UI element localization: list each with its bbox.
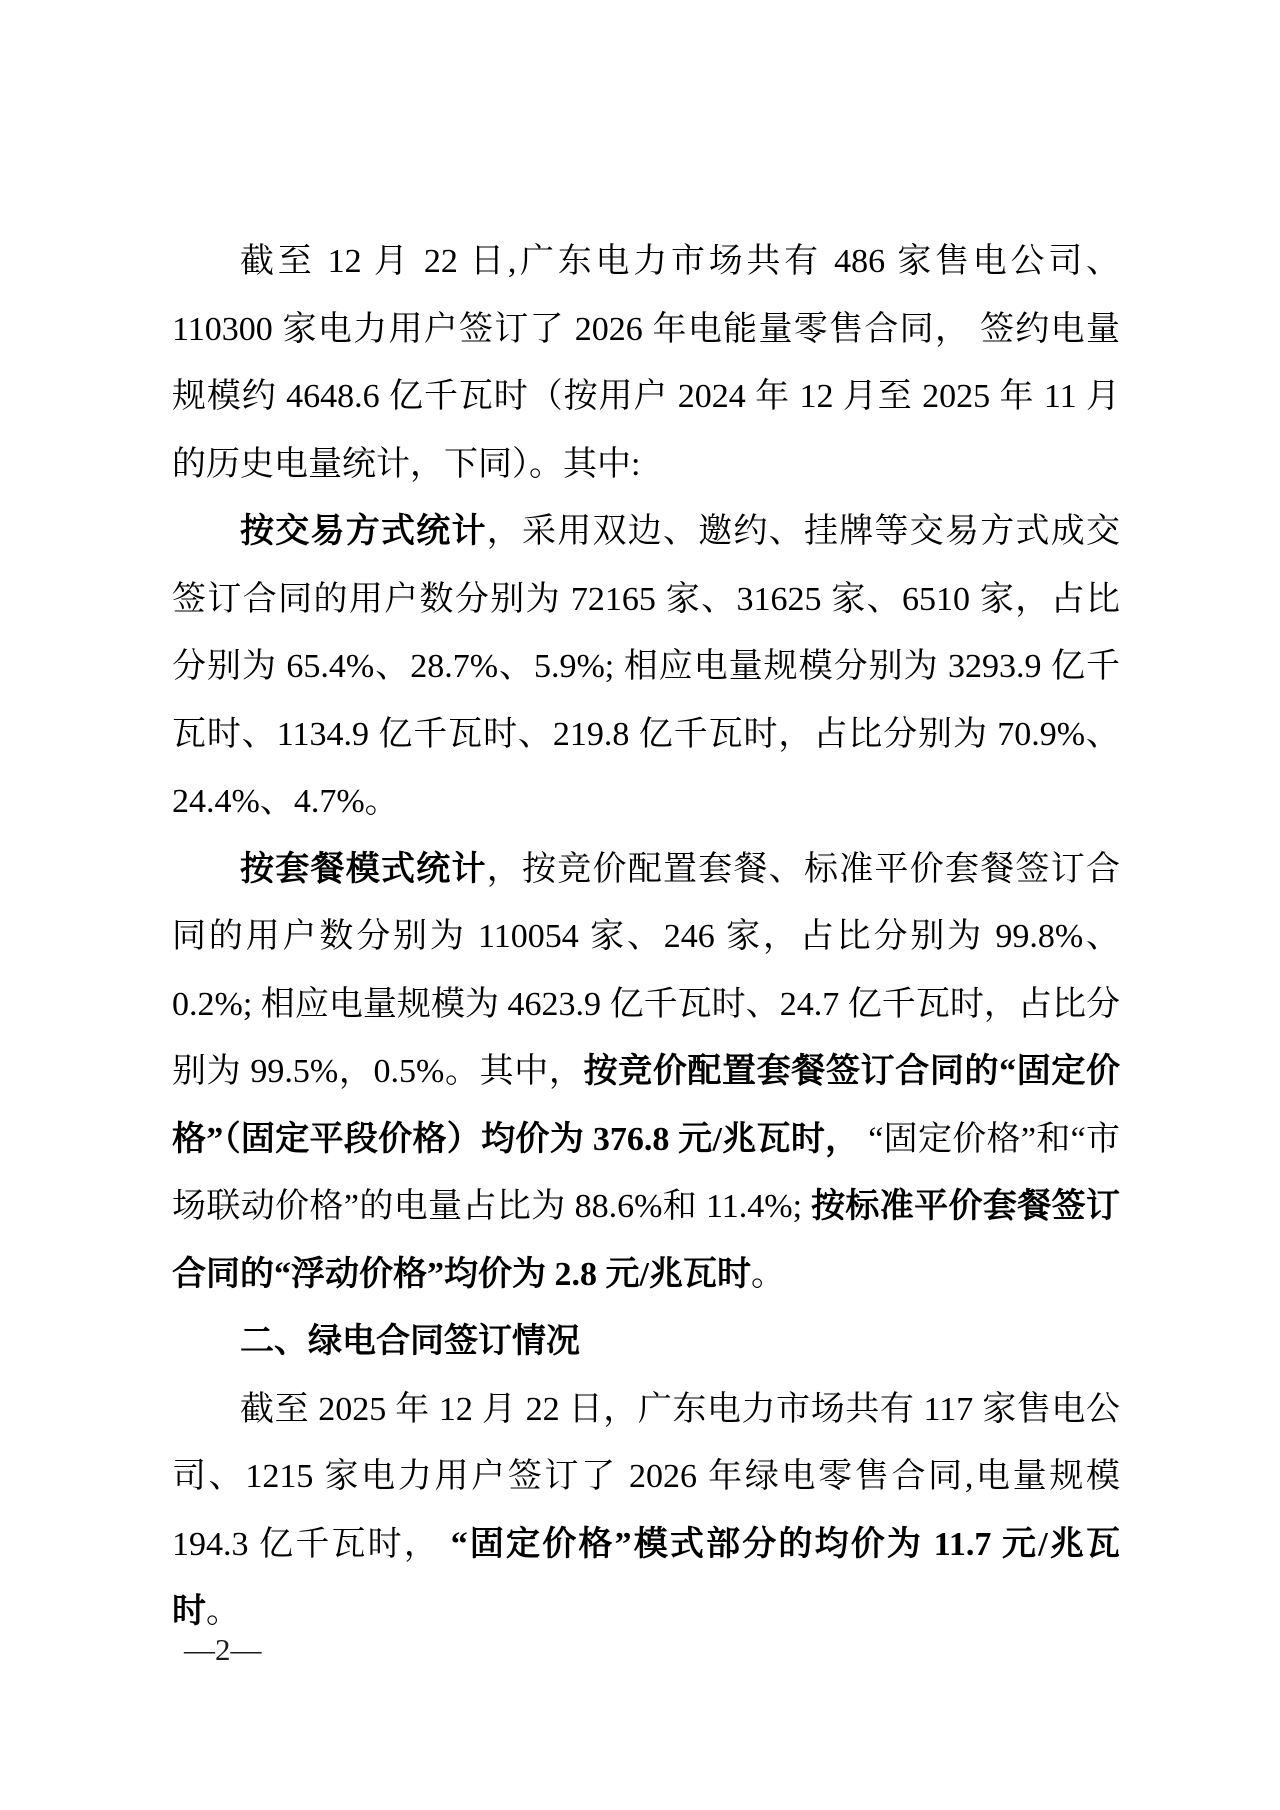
text-segment: 。 bbox=[206, 1593, 240, 1630]
body-paragraph: 按交易方式统计，采用双边、邀约、挂牌等交易方式成交签订合同的用户数分别为 721… bbox=[172, 498, 1120, 836]
document-body: 截至 12 月 22 日,广东电力市场共有 486 家售电公司、110300 家… bbox=[172, 228, 1120, 1646]
text-segment: ，采用双边、邀约、挂牌等交易方式成交签订合同的用户数分别为 72165 家、31… bbox=[172, 513, 1120, 820]
bold-text-segment: 二、绿电合同签订情况 bbox=[240, 1322, 580, 1360]
body-paragraph: 截至 12 月 22 日,广东电力市场共有 486 家售电公司、110300 家… bbox=[172, 228, 1120, 498]
text-segment: 。 bbox=[751, 1256, 785, 1293]
bold-text-segment: 按交易方式统计 bbox=[240, 513, 487, 550]
document-page: 截至 12 月 22 日,广东电力市场共有 486 家售电公司、110300 家… bbox=[0, 0, 1280, 1810]
bold-text-segment: 按套餐模式统计 bbox=[240, 851, 487, 888]
body-paragraph: 截至 2025 年 12 月 22 日，广东电力市场共有 117 家售电公司、1… bbox=[172, 1376, 1120, 1646]
page-footer: —2— bbox=[184, 1630, 262, 1670]
body-paragraph: 按套餐模式统计，按竞价配置套餐、标准平价套餐签订合同的用户数分别为 110054… bbox=[172, 836, 1120, 1309]
text-segment: 截至 12 月 22 日,广东电力市场共有 486 家售电公司、110300 家… bbox=[172, 243, 1120, 483]
page-number: —2— bbox=[184, 1632, 262, 1667]
section-heading: 二、绿电合同签订情况 bbox=[172, 1308, 1120, 1376]
